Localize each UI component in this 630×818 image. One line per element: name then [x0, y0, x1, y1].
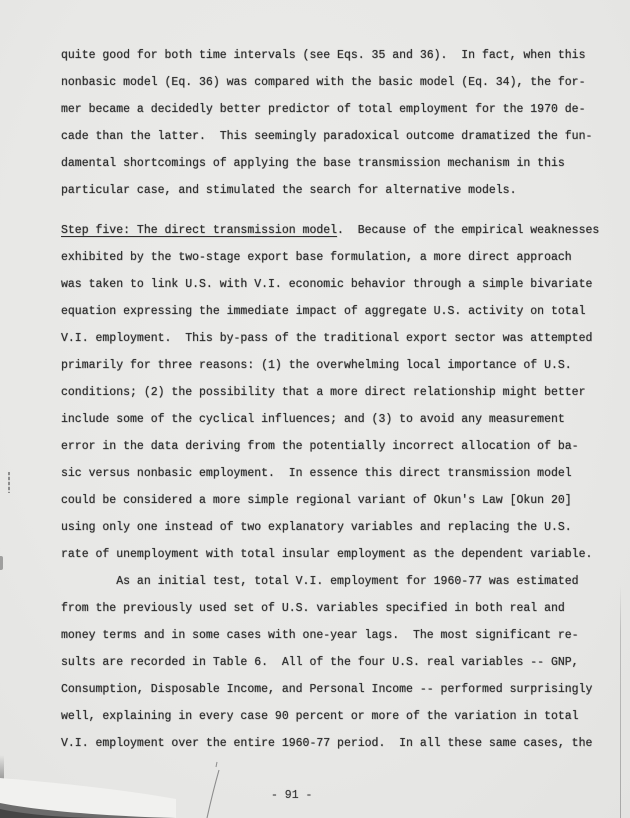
text-line: sic versus nonbasic employment. In essen…: [61, 460, 621, 487]
scanned-document-page: quite good for both time intervals (see …: [0, 0, 630, 818]
text-line: equation expressing the immediate impact…: [61, 298, 621, 325]
heading-trailing-text: . Because of the empirical weaknesses: [337, 224, 599, 237]
text-line: sults are recorded in Table 6. All of th…: [61, 649, 621, 676]
text-line: damental shortcomings of applying the ba…: [61, 150, 621, 177]
paragraph-2: Step five: The direct transmission model…: [61, 217, 621, 568]
text-line: quite good for both time intervals (see …: [61, 42, 621, 69]
text-line: As an initial test, total V.I. employmen…: [61, 568, 621, 595]
text-line: primarily for three reasons: (1) the ove…: [61, 352, 621, 379]
text-line-with-heading: Step five: The direct transmission model…: [61, 217, 621, 244]
page-corner-shadow: [0, 758, 200, 818]
text-line: cade than the latter. This seemingly par…: [61, 123, 621, 150]
left-margin-tick-mark: [8, 472, 10, 493]
text-line: conditions; (2) the possibility that a m…: [61, 379, 621, 406]
paragraph-1: quite good for both time intervals (see …: [61, 42, 621, 204]
scan-hairline-mark: [195, 760, 225, 818]
text-line: was taken to link U.S. with V.I. economi…: [61, 271, 621, 298]
text-line: mer became a decidedly better predictor …: [61, 96, 621, 123]
text-line: rate of unemployment with total insular …: [61, 541, 621, 568]
text-line: could be considered a more simple region…: [61, 487, 621, 514]
section-heading: Step five: The direct transmission model: [61, 224, 337, 237]
right-page-edge-line: [620, 585, 621, 818]
text-line: from the previously used set of U.S. var…: [61, 595, 621, 622]
left-edge-blob-mark: [0, 556, 3, 570]
page-number: - 91 -: [271, 788, 312, 804]
text-line: particular case, and stimulated the sear…: [61, 177, 621, 204]
text-line: well, explaining in every case 90 percen…: [61, 703, 621, 730]
text-line: V.I. employment. This by-pass of the tra…: [61, 325, 621, 352]
text-line: exhibited by the two-stage export base f…: [61, 244, 621, 271]
text-line: error in the data deriving from the pote…: [61, 433, 621, 460]
text-line: include some of the cyclical influences;…: [61, 406, 621, 433]
paragraph-3: As an initial test, total V.I. employmen…: [61, 568, 621, 757]
text-line: V.I. employment over the entire 1960-77 …: [61, 730, 621, 757]
text-line: nonbasic model (Eq. 36) was compared wit…: [61, 69, 621, 96]
text-line: money terms and in some cases with one-y…: [61, 622, 621, 649]
text-line: using only one instead of two explanator…: [61, 514, 621, 541]
text-line: Consumption, Disposable Income, and Pers…: [61, 676, 621, 703]
